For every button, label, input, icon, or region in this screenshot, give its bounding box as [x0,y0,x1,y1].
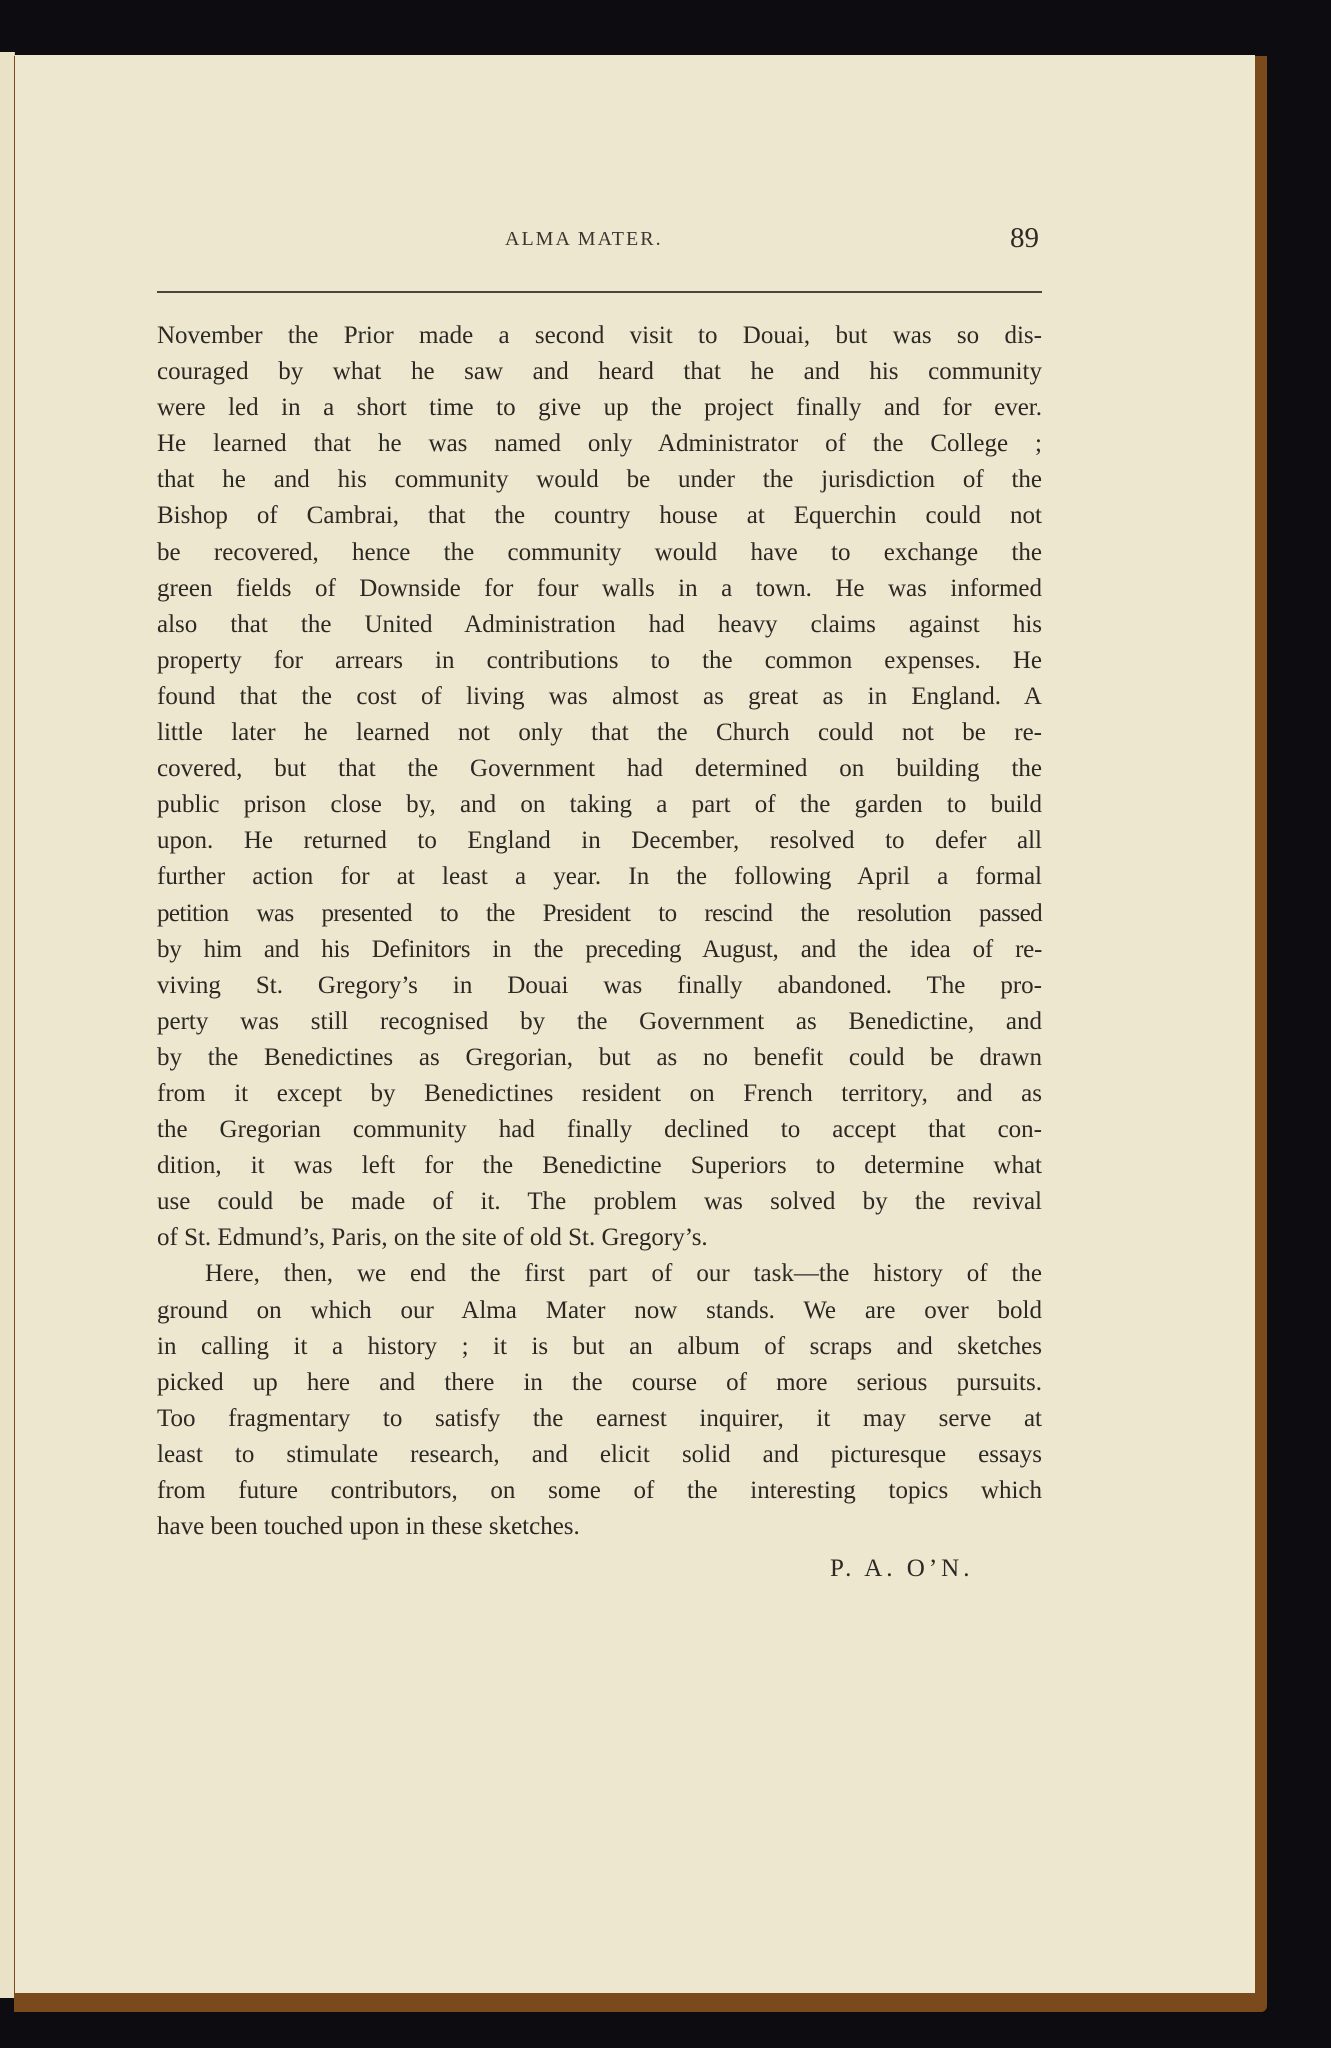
text-line: further action for at least a year. In t… [157,859,1042,895]
header-rule [157,291,1042,293]
text-line: Too fragmentary to satisfy the earnest i… [157,1401,1042,1437]
text-line: from future contributors, on some of the… [157,1473,1042,1509]
text-line: green fields of Downside for four walls … [157,571,1042,607]
text-line: ground on which our Alma Mater now stand… [157,1293,1042,1329]
text-line: perty was still recognised by the Govern… [157,1004,1042,1040]
text-line: public prison close by, and on taking a … [157,787,1042,823]
text-line: November the Prior made a second visit t… [157,318,1042,354]
text-line: picked up here and there in the course o… [157,1365,1042,1401]
text-line: that he and his community would be under… [157,462,1042,498]
text-line: also that the United Administration had … [157,607,1042,643]
text-line: couraged by what he saw and heard that h… [157,354,1042,390]
body-text: November the Prior made a second visit t… [157,318,1042,1545]
text-line: by him and his Definitors in the precedi… [157,932,1042,968]
text-line: by the Benedictines as Gregorian, but as… [157,1040,1042,1076]
text-line: in calling it a history ; it is but an a… [157,1329,1042,1365]
text-line: were led in a short time to give up the … [157,390,1042,426]
text-line: Bishop of Cambrai, that the country hous… [157,498,1042,534]
text-line: little later he learned not only that th… [157,715,1042,751]
text-line: He learned that he was named only Admini… [157,426,1042,462]
text-line: least to stimulate research, and elicit … [157,1437,1042,1473]
previous-page-edge [0,52,15,1998]
text-line: the Gregorian community had finally decl… [157,1112,1042,1148]
text-line: petition was presented to the President … [157,896,1042,932]
text-line: found that the cost of living was almost… [157,679,1042,715]
author-signature: P. A. O’N. [830,1555,974,1583]
text-line: of St. Edmund’s, Paris, on the site of o… [157,1220,1042,1256]
text-line: be recovered, hence the community would … [157,535,1042,571]
text-line: use could be made of it. The problem was… [157,1184,1042,1220]
text-line: dition, it was left for the Benedictine … [157,1148,1042,1184]
text-line: from it except by Benedictines resident … [157,1076,1042,1112]
text-line: Here, then, we end the first part of our… [157,1256,1042,1292]
text-line: upon. He returned to England in December… [157,823,1042,859]
text-line: property for arrears in contributions to… [157,643,1042,679]
text-line: have been touched upon in these sketches… [157,1509,1042,1545]
text-line: viving St. Gregory’s in Douai was finall… [157,968,1042,1004]
page-number: 89 [1010,222,1039,255]
running-head: ALMA MATER. [505,228,663,251]
text-line: covered, but that the Government had det… [157,751,1042,787]
